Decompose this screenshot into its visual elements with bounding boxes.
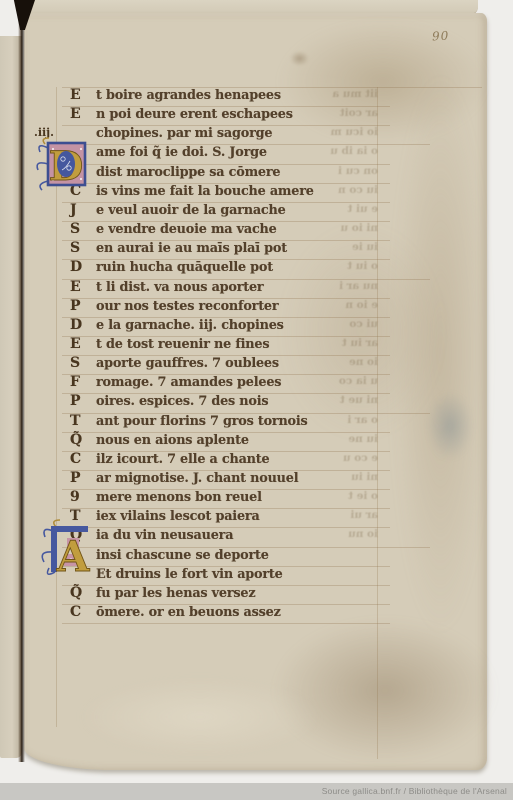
manuscript-line: Sen aurai ie au maīs plaī pot bbox=[70, 238, 287, 257]
line-text: chopines. par mi sagorge bbox=[96, 126, 272, 141]
line-initial: C bbox=[70, 603, 96, 622]
manuscript-line: 9mere menons bon reuel bbox=[70, 487, 262, 506]
initial-letter: A bbox=[56, 532, 91, 580]
line-initial: P bbox=[70, 297, 96, 316]
manuscript-line: Druin hucha quāquelle pot bbox=[70, 257, 273, 276]
line-initial: D bbox=[70, 258, 96, 277]
line-initial: F bbox=[70, 373, 96, 392]
line-initial: J bbox=[70, 201, 96, 220]
line-text: iex vilains lescot paiera bbox=[96, 509, 260, 524]
line-initial: D bbox=[70, 316, 96, 335]
line-initial: S bbox=[70, 239, 96, 258]
manuscript-line: Q̃nous en aions aplente bbox=[70, 430, 249, 449]
line-initial: E bbox=[70, 335, 96, 354]
manuscript-line: En poi deure erent eschapees bbox=[70, 104, 293, 123]
manuscript-line: Et de tost reuenir ne fines bbox=[70, 334, 269, 353]
line-text: t boire agrandes henapees bbox=[96, 88, 281, 103]
manuscript-page: 90 iit mu aar coitio icu mo ia ib uon cu… bbox=[24, 13, 487, 770]
line-text: dist maroclippe sa cōmere bbox=[96, 165, 280, 180]
illuminated-initial-d: D bbox=[32, 137, 94, 195]
manuscript-line: Cilz icourt. 7 elle a chante bbox=[70, 449, 269, 468]
manuscript-line: Pour nos testes reconforter bbox=[70, 296, 278, 315]
line-initial: 9 bbox=[70, 488, 96, 507]
line-text: ruin hucha quāquelle pot bbox=[96, 260, 273, 275]
footer-text: Source gallica.bnf.fr / Bibliothèque de … bbox=[322, 786, 507, 796]
manuscript-line: Cis vins me fait la bouche amere bbox=[70, 181, 314, 200]
line-initial: S bbox=[70, 220, 96, 239]
line-initial: Q̃ bbox=[70, 584, 96, 603]
gold-leaf-flourish bbox=[54, 520, 60, 527]
manuscript-line: Et boire agrandes henapees bbox=[70, 85, 281, 104]
manuscript-line: De la garnache. iij. chopines bbox=[70, 315, 284, 334]
manuscript-line: Et li dist. va nous aporter bbox=[70, 277, 263, 296]
line-initial: E bbox=[70, 105, 96, 124]
line-text: ar mignotise. J. chant nouuel bbox=[96, 471, 298, 486]
line-text: ia du vin neusauera bbox=[96, 528, 233, 543]
line-text: e vendre deuoie ma vache bbox=[96, 222, 277, 237]
line-text: is vins me fait la bouche amere bbox=[96, 184, 314, 199]
line-text: ame foi q̃ ie doi. S. Jorge bbox=[96, 145, 267, 160]
line-text: ant pour florins 7 gros tornois bbox=[96, 414, 308, 429]
line-text: en aurai ie au maīs plaī pot bbox=[96, 241, 287, 256]
line-text: e la garnache. iij. chopines bbox=[96, 318, 284, 333]
line-initial: C bbox=[70, 450, 96, 469]
line-text: our nos testes reconforter bbox=[96, 299, 278, 314]
binding-gutter bbox=[18, 0, 25, 762]
illuminated-initial-a: A bbox=[36, 518, 100, 580]
manuscript-line: ame foi q̃ ie doi. S. Jorge bbox=[70, 142, 267, 161]
line-initial: E bbox=[70, 86, 96, 105]
manuscript-line: .iij.chopines. par mi sagorge bbox=[70, 123, 272, 142]
text-block: Et boire agrandes henapeesEn poi deure e… bbox=[24, 13, 487, 770]
line-initial: Q̃ bbox=[70, 431, 96, 450]
line-initial: S bbox=[70, 354, 96, 373]
blue-counter bbox=[57, 151, 75, 177]
line-text: oires. espices. 7 des nois bbox=[96, 394, 268, 409]
manuscript-line: Poires. espices. 7 des nois bbox=[70, 391, 268, 410]
manuscript-line: Q̃fu par les henas versez bbox=[70, 583, 255, 602]
line-initial: P bbox=[70, 469, 96, 488]
line-text: mere menons bon reuel bbox=[96, 490, 262, 505]
line-text: nous en aions aplente bbox=[96, 433, 249, 448]
line-text: ilz icourt. 7 elle a chante bbox=[96, 452, 269, 467]
line-text: t de tost reuenir ne fines bbox=[96, 337, 269, 352]
line-initial: P bbox=[70, 392, 96, 411]
manuscript-line: Se vendre deuoie ma vache bbox=[70, 219, 277, 238]
line-text: romage. 7 amandes pelees bbox=[96, 375, 281, 390]
manuscript-line: Saporte gauffres. 7 oublees bbox=[70, 353, 279, 372]
line-initial: E bbox=[70, 278, 96, 297]
manuscript-line: Cōmere. or en beuons assez bbox=[70, 602, 281, 621]
line-text: t li dist. va nous aporter bbox=[96, 280, 263, 295]
source-footer: Source gallica.bnf.fr / Bibliothèque de … bbox=[0, 783, 513, 800]
line-text: Et druins le fort vin aporte bbox=[96, 567, 283, 582]
manuscript-line: Par mignotise. J. chant nouuel bbox=[70, 468, 298, 487]
manuscript-line: Je veul auoir de la garnache bbox=[70, 200, 286, 219]
manuscript-line: Et druins le fort vin aporte bbox=[70, 564, 283, 583]
manuscript-line: Fromage. 7 amandes pelees bbox=[70, 372, 281, 391]
manuscript-line: Tant pour florins 7 gros tornois bbox=[70, 411, 308, 430]
line-text: ōmere. or en beuons assez bbox=[96, 605, 281, 620]
line-text: aporte gauffres. 7 oublees bbox=[96, 356, 279, 371]
line-text: e veul auoir de la garnache bbox=[96, 203, 286, 218]
manuscript-line: dist maroclippe sa cōmere bbox=[70, 162, 280, 181]
line-text: n poi deure erent eschapees bbox=[96, 107, 293, 122]
pen-flourish bbox=[37, 146, 48, 190]
line-initial: T bbox=[70, 412, 96, 431]
line-text: insi chascune se deporte bbox=[96, 548, 269, 563]
line-text: fu par les henas versez bbox=[96, 586, 255, 601]
